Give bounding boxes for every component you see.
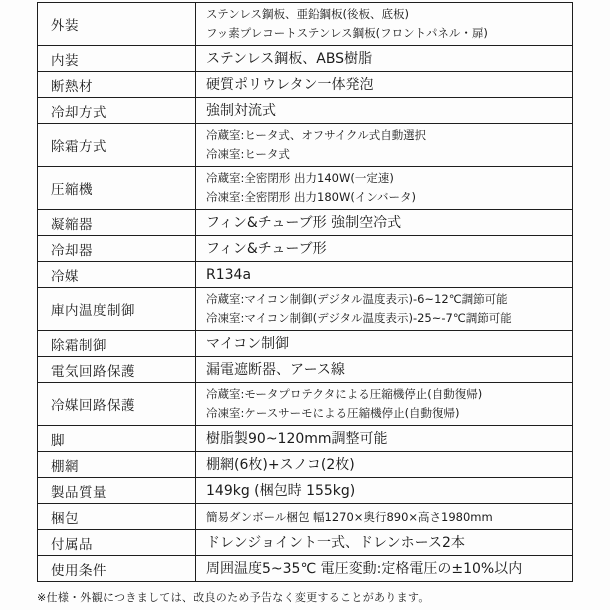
spec-value: 強制対流式 (196, 98, 573, 124)
spec-value: 冷蔵室:マイコン制御(デジタル温度表示)-6~12℃調節可能冷凍室:マイコン制御… (196, 288, 573, 331)
spec-label: 除霜方式 (38, 124, 196, 167)
spec-label: 圧縮機 (38, 167, 196, 210)
spec-value: R134a (196, 262, 573, 288)
spec-value-line: フィン&チューブ形 (206, 239, 566, 259)
spec-value-line: 149kg (梱包時 155kg) (206, 481, 566, 501)
table-row: 圧縮機冷蔵室:全密閉形 出力140W(一定速)冷凍室:全密閉形 出力180W(イ… (38, 167, 573, 210)
spec-label: 内装 (38, 46, 196, 72)
spec-value: ステンレス鋼板、亜鉛鋼板(後板、底板)フッ素プレコートステンレス鋼板(フロントパ… (196, 3, 573, 46)
spec-value: 冷蔵室:ヒータ式、オフサイクル式自動選択冷凍室:ヒータ式 (196, 124, 573, 167)
spec-label: 除霜制御 (38, 331, 196, 357)
spec-label: 梱包 (38, 504, 196, 530)
spec-label: 凝縮器 (38, 210, 196, 236)
table-row: 棚網棚網(6枚)+スノコ(2枚) (38, 452, 573, 478)
spec-value-line: 硬質ポリウレタン一体発泡 (206, 75, 566, 95)
table-row: 製品質量149kg (梱包時 155kg) (38, 478, 573, 504)
table-row: 断熱材硬質ポリウレタン一体発泡 (38, 72, 573, 98)
table-row: 冷却器フィン&チューブ形 (38, 236, 573, 262)
table-row: 庫内温度制御冷蔵室:マイコン制御(デジタル温度表示)-6~12℃調節可能冷凍室:… (38, 288, 573, 331)
spec-value: 樹脂製90~120mm調整可能 (196, 426, 573, 452)
table-row: 内装ステンレス鋼板、ABS樹脂 (38, 46, 573, 72)
spec-value-line: マイコン制御 (206, 334, 566, 354)
spec-value-line: 強制対流式 (206, 101, 566, 121)
spec-value-line: R134a (206, 265, 566, 285)
spec-label: 脚 (38, 426, 196, 452)
spec-value-line: 棚網(6枚)+スノコ(2枚) (206, 455, 566, 475)
spec-value-line: 冷蔵室:モータプロテクタによる圧縮機停止(自動復帰) (206, 385, 566, 404)
spec-value-line: ステンレス鋼板、亜鉛鋼板(後板、底板) (206, 5, 566, 24)
spec-label: 断熱材 (38, 72, 196, 98)
spec-value-line: 周囲温度5~35℃ 電圧変動:定格電圧の±10%以内 (206, 559, 566, 579)
table-row: 脚樹脂製90~120mm調整可能 (38, 426, 573, 452)
spec-value-line: 冷凍室:全密閉形 出力180W(インバータ) (206, 188, 566, 207)
spec-value-line: 冷凍室:ヒータ式 (206, 145, 566, 164)
spec-label: 庫内温度制御 (38, 288, 196, 331)
spec-label: 電気回路保護 (38, 357, 196, 383)
spec-value-line: 冷凍室:ケースサーモによる圧縮機停止(自動復帰) (206, 404, 566, 423)
spec-value: 硬質ポリウレタン一体発泡 (196, 72, 573, 98)
table-row: 除霜方式冷蔵室:ヒータ式、オフサイクル式自動選択冷凍室:ヒータ式 (38, 124, 573, 167)
spec-value-line: 樹脂製90~120mm調整可能 (206, 429, 566, 449)
table-row: 除霜制御マイコン制御 (38, 331, 573, 357)
table-row: 電気回路保護漏電遮断器、アース線 (38, 357, 573, 383)
spec-value: 冷蔵室:全密閉形 出力140W(一定速)冷凍室:全密閉形 出力180W(インバー… (196, 167, 573, 210)
table-row: 冷媒回路保護冷蔵室:モータプロテクタによる圧縮機停止(自動復帰)冷凍室:ケースサ… (38, 383, 573, 426)
spec-value-line: 簡易ダンボール梱包 幅1270×奥行890×高さ1980mm (206, 507, 566, 527)
spec-value-line: 漏電遮断器、アース線 (206, 360, 566, 380)
spec-value-line: 冷蔵室:ヒータ式、オフサイクル式自動選択 (206, 126, 566, 145)
table-row: 凝縮器フィン&チューブ形 強制空冷式 (38, 210, 573, 236)
spec-value: フィン&チューブ形 (196, 236, 573, 262)
spec-label: 冷媒 (38, 262, 196, 288)
spec-label: 外装 (38, 3, 196, 46)
spec-table-body: 外装ステンレス鋼板、亜鉛鋼板(後板、底板)フッ素プレコートステンレス鋼板(フロン… (38, 3, 573, 582)
spec-value-line: ステンレス鋼板、ABS樹脂 (206, 49, 566, 69)
spec-label: 冷媒回路保護 (38, 383, 196, 426)
spec-label: 製品質量 (38, 478, 196, 504)
table-row: 外装ステンレス鋼板、亜鉛鋼板(後板、底板)フッ素プレコートステンレス鋼板(フロン… (38, 3, 573, 46)
spec-value-line: 冷蔵室:全密閉形 出力140W(一定速) (206, 169, 566, 188)
spec-value: マイコン制御 (196, 331, 573, 357)
spec-value-line: 冷蔵室:マイコン制御(デジタル温度表示)-6~12℃調節可能 (206, 290, 566, 309)
spec-label: 付属品 (38, 530, 196, 556)
table-row: 使用条件周囲温度5~35℃ 電圧変動:定格電圧の±10%以内 (38, 556, 573, 582)
table-row: 冷却方式強制対流式 (38, 98, 573, 124)
spec-footnote: ※仕様・外観につきましては、改良のため予告なく変更することがあります。 (37, 589, 430, 605)
spec-value-line: フッ素プレコートステンレス鋼板(フロントパネル・扉) (206, 24, 566, 43)
spec-value: フィン&チューブ形 強制空冷式 (196, 210, 573, 236)
table-row: 梱包簡易ダンボール梱包 幅1270×奥行890×高さ1980mm (38, 504, 573, 530)
spec-value: 周囲温度5~35℃ 電圧変動:定格電圧の±10%以内 (196, 556, 573, 582)
spec-value: 漏電遮断器、アース線 (196, 357, 573, 383)
spec-value: ドレンジョイント一式、ドレンホース2本 (196, 530, 573, 556)
spec-value: 簡易ダンボール梱包 幅1270×奥行890×高さ1980mm (196, 504, 573, 530)
spec-value: 冷蔵室:モータプロテクタによる圧縮機停止(自動復帰)冷凍室:ケースサーモによる圧… (196, 383, 573, 426)
spec-label: 冷却器 (38, 236, 196, 262)
spec-value-line: ドレンジョイント一式、ドレンホース2本 (206, 533, 566, 553)
spec-value-line: フィン&チューブ形 強制空冷式 (206, 213, 566, 233)
spec-label: 使用条件 (38, 556, 196, 582)
spec-value: 149kg (梱包時 155kg) (196, 478, 573, 504)
spec-value-line: 冷凍室:マイコン制御(デジタル温度表示)-25~-7℃調節可能 (206, 309, 566, 328)
spec-table: 外装ステンレス鋼板、亜鉛鋼板(後板、底板)フッ素プレコートステンレス鋼板(フロン… (37, 2, 573, 582)
spec-value: ステンレス鋼板、ABS樹脂 (196, 46, 573, 72)
spec-label: 冷却方式 (38, 98, 196, 124)
table-row: 付属品ドレンジョイント一式、ドレンホース2本 (38, 530, 573, 556)
spec-value: 棚網(6枚)+スノコ(2枚) (196, 452, 573, 478)
spec-label: 棚網 (38, 452, 196, 478)
table-row: 冷媒R134a (38, 262, 573, 288)
